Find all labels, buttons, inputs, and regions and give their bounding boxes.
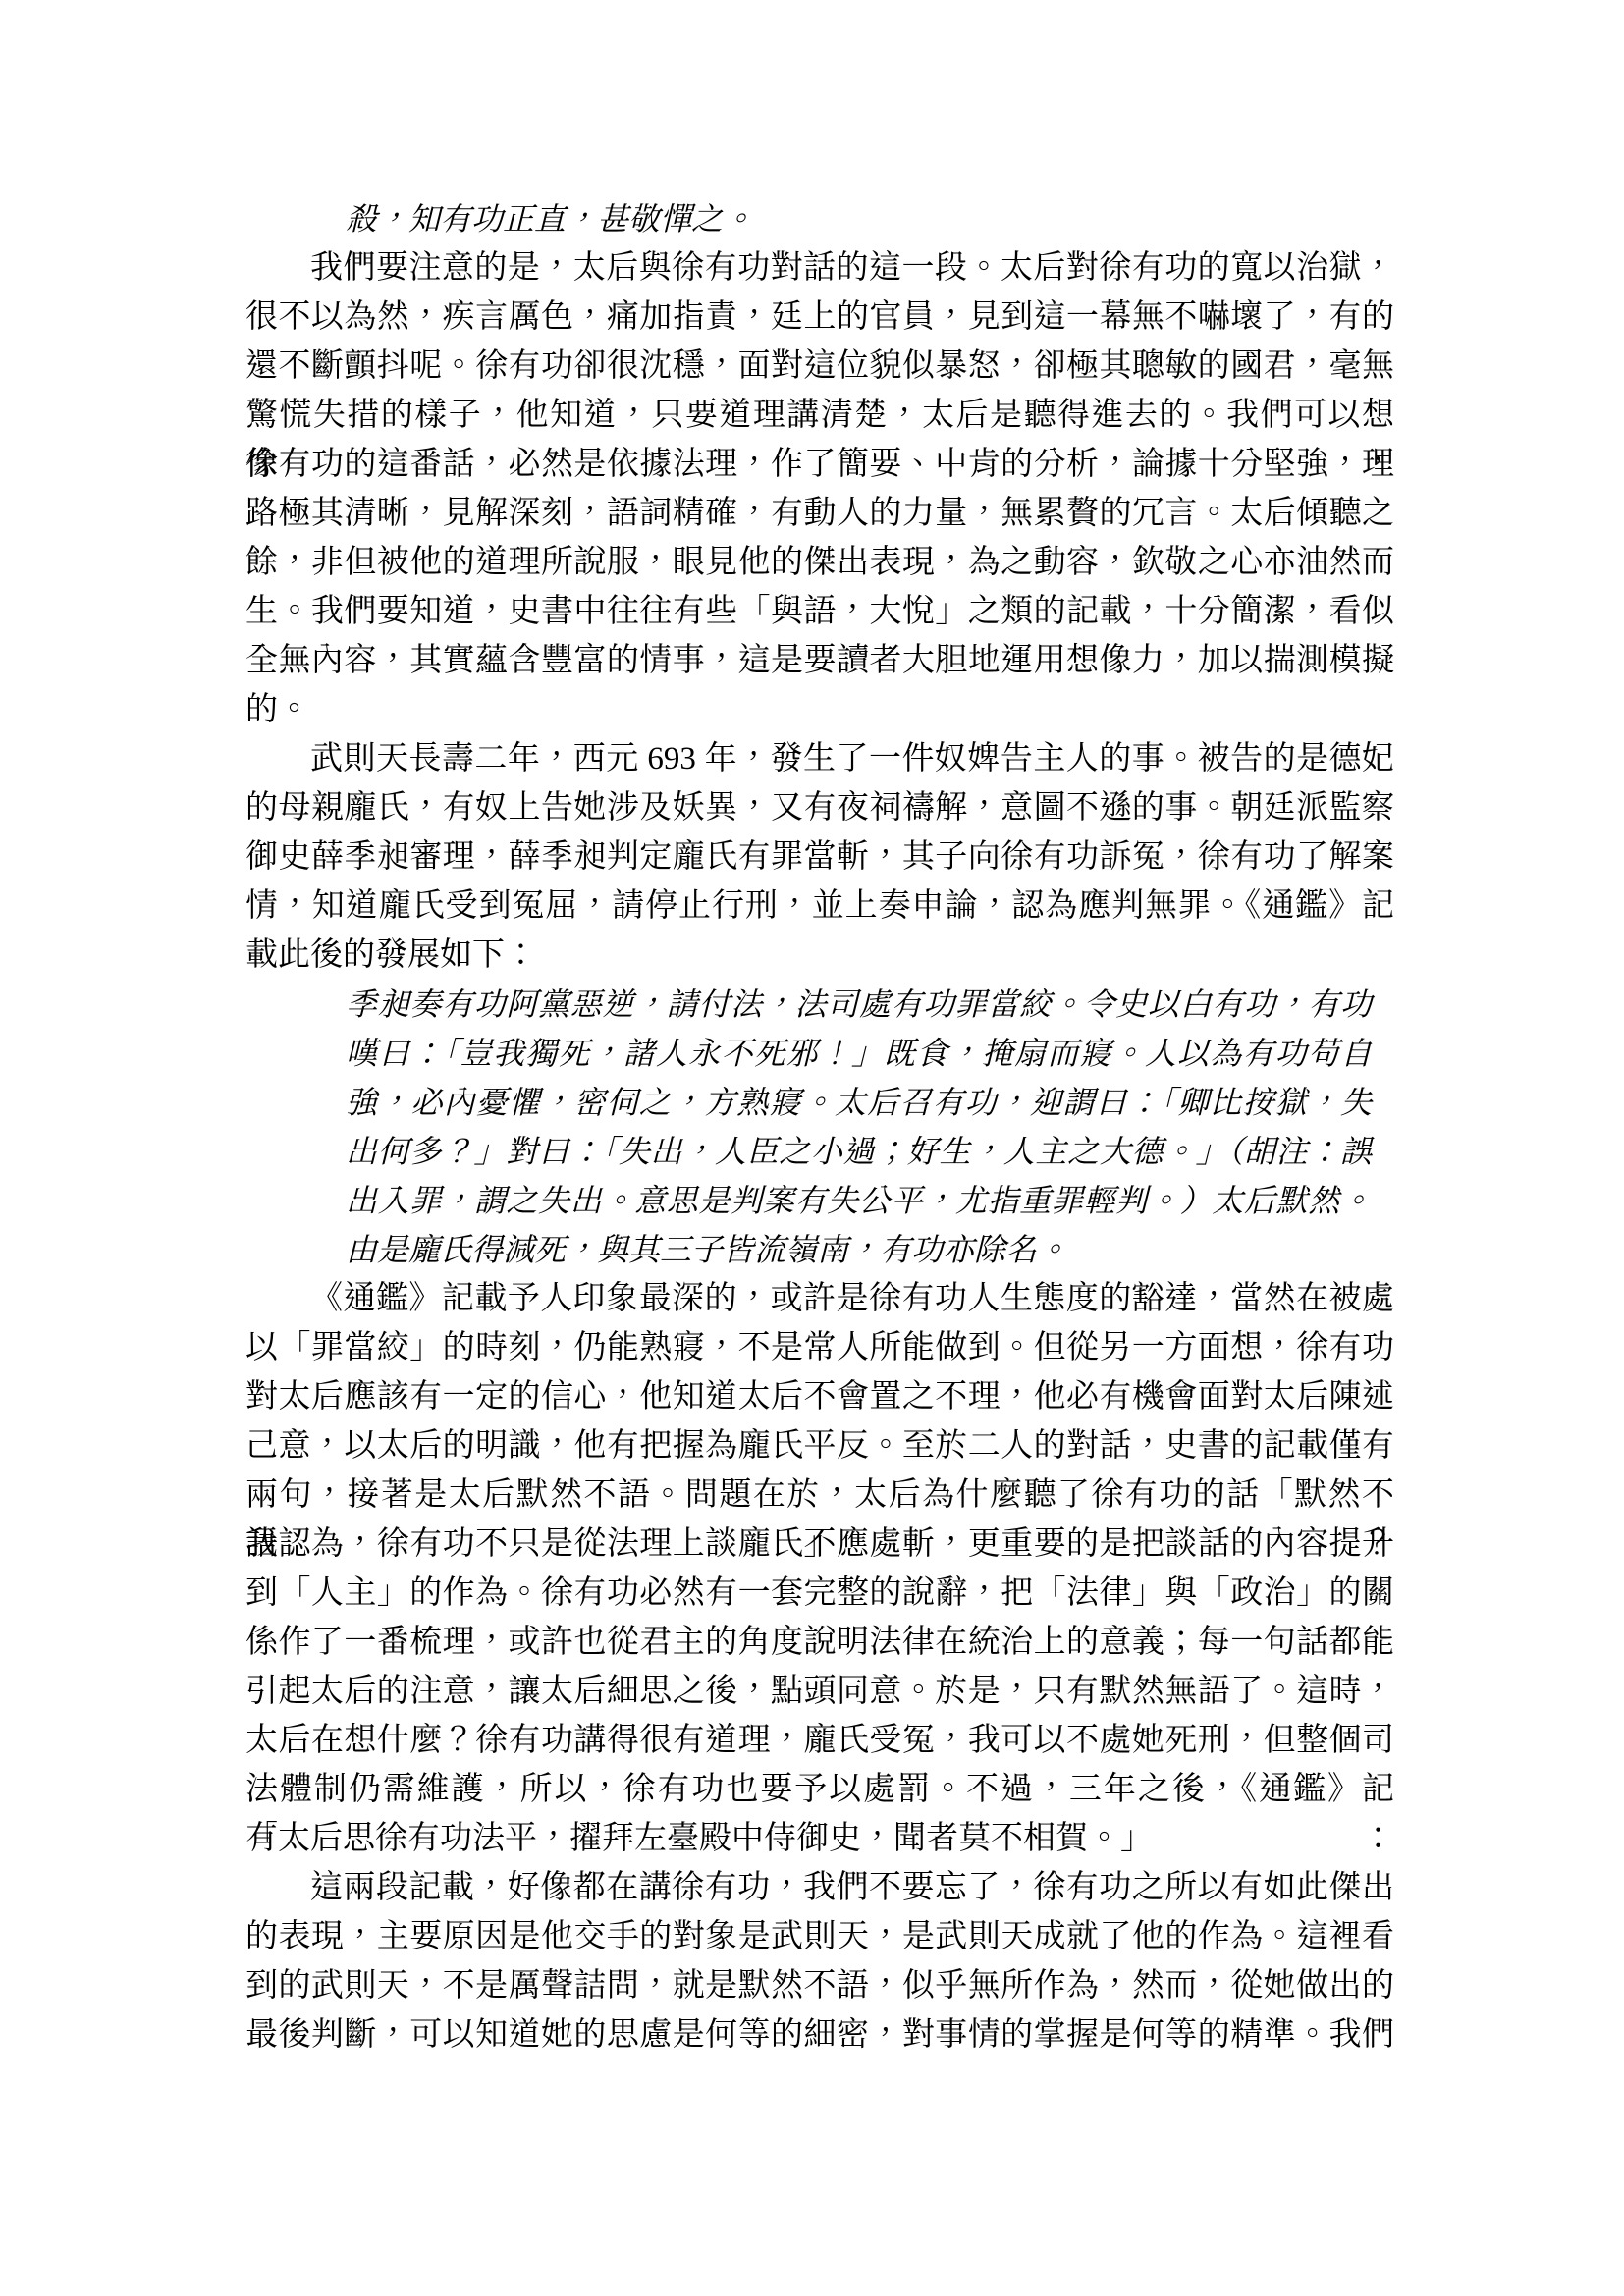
text-line: 強，必內憂懼，密伺之，方熟寢。太后召有功，迎謂曰：「卿比按獄，失 [346, 1078, 1372, 1127]
text-line: 最後判斷，可以知道她的思慮是何等的細密，對事情的掌握是何等的精準。我們 [245, 2010, 1394, 2059]
text-line: 御史薛季昶審理，薛季昶判定龐氏有罪當斬，其子向徐有功訴冤，徐有功了解案 [245, 832, 1394, 881]
text-line: 這兩段記載，好像都在講徐有功，我們不要忘了，徐有功之所以有如此傑出 [245, 1863, 1394, 1912]
text-line: 以「罪當絞」的時刻，仍能熟寢，不是常人所能做到。但從另一方面想，徐有功 [245, 1323, 1394, 1372]
text-line: 季昶奏有功阿黨惡逆，請付法，法司處有功罪當絞。令史以白有功，有功 [346, 980, 1372, 1029]
text-line: 出入罪，謂之失出。意思是判案有失公平，尤指重罪輕判。）太后默然。 [346, 1176, 1372, 1225]
text-line: 《通鑑》記載予人印象最深的，或許是徐有功人生態度的豁達，當然在被處 [245, 1274, 1394, 1323]
kai-quote-continuation: 殺，知有功正直，甚敬憚之。 [346, 194, 1372, 243]
text-line: 係作了一番梳理，或許也從君主的角度說明法律在統治上的意義；每一句話都能 [245, 1618, 1394, 1667]
document-page: 殺，知有功正直，甚敬憚之。 我們要注意的是，太后與徐有功對話的這一段。太后對徐有… [0, 0, 1624, 2296]
text-line: 法體制仍需維護，所以，徐有功也要予以處罰。不過，三年之後，《通鑑》記有： [245, 1765, 1394, 1814]
body-paragraph-1: 我們要注意的是，太后與徐有功對話的這一段。太后對徐有功的寬以治獄， 很不以為然，… [245, 243, 1394, 734]
text-line: 路極其清晰，見解深刻，語詞精確，有動人的力量，無累贅的冗言。太后傾聽之 [245, 489, 1394, 538]
text-line: 載此後的發展如下： [245, 931, 1394, 980]
text-line: 徐有功的這番話，必然是依據法理，作了簡要、中肯的分析，論據十分堅強，理 [245, 440, 1394, 489]
text-line: 的母親龐氏，有奴上告她涉及妖異，又有夜祠禱解，意圖不遜的事。朝廷派監察 [245, 783, 1394, 832]
text-line: 還不斷顫抖呢。徐有功卻很沈穩，面對這位貌似暴怒，卻極其聰敏的國君，毫無 [245, 342, 1394, 391]
text-line: 我認為，徐有功不只是從法理上談龐氏不應處斬，更重要的是把談話的內容提升 [245, 1520, 1394, 1569]
text-line: 引起太后的注意，讓太后細思之後，點頭同意。於是，只有默然無語了。這時， [245, 1667, 1394, 1716]
text-line: 到的武則天，不是厲聲詰問，就是默然不語，似乎無所作為，然而，從她做出的 [245, 1961, 1394, 2010]
text-line: 殺，知有功正直，甚敬憚之。 [346, 194, 1372, 243]
body-paragraph-3: 《通鑑》記載予人印象最深的，或許是徐有功人生態度的豁達，當然在被處 以「罪當絞」… [245, 1274, 1394, 1863]
text-line: 出何多？」對曰：「失出，人臣之小過；好生，人主之大德。」（胡注：誤 [346, 1127, 1372, 1176]
text-line: 武則天長壽二年，西元 693 年，發生了一件奴婢告主人的事。被告的是德妃 [245, 734, 1394, 783]
text-line: 的表現，主要原因是他交手的對象是武則天，是武則天成就了他的作為。這裡看 [245, 1912, 1394, 1961]
body-paragraph-2: 武則天長壽二年，西元 693 年，發生了一件奴婢告主人的事。被告的是德妃 的母親… [245, 734, 1394, 980]
text-line: 到「人主」的作為。徐有功必然有一套完整的說辭，把「法律」與「政治」的關 [245, 1569, 1394, 1618]
text-line: 己意，以太后的明識，他有把握為龐氏平反。至於二人的對話，史書的記載僅有 [245, 1421, 1394, 1470]
text-line: 驚慌失措的樣子，他知道，只要道理講清楚，太后是聽得進去的。我們可以想像， [245, 391, 1394, 440]
text-line: 嘆曰：「豈我獨死，諸人永不死邪！」既食，掩扇而寢。人以為有功苟自 [346, 1029, 1372, 1078]
text-line: 全無內容，其實蘊含豐富的情事，這是要讀者大胆地運用想像力，加以揣測模擬 [245, 636, 1394, 685]
kai-quote-block: 季昶奏有功阿黨惡逆，請付法，法司處有功罪當絞。令史以白有功，有功 嘆曰：「豈我獨… [346, 980, 1372, 1274]
text-line: 的。 [245, 685, 1394, 734]
text-line: 很不以為然，疾言厲色，痛加指責，廷上的官員，見到這一幕無不嚇壞了，有的 [245, 293, 1394, 342]
text-line: 生。我們要知道，史書中往往有些「與語，大悅」之類的記載，十分簡潔，看似 [245, 587, 1394, 636]
text-line: 情，知道龐氏受到冤屈，請停止行刑，並上奏申論，認為應判無罪。《通鑑》記 [245, 881, 1394, 931]
text-line: 太后在想什麼？徐有功講得很有道理，龐氏受冤，我可以不處她死刑，但整個司 [245, 1716, 1394, 1765]
body-paragraph-4: 這兩段記載，好像都在講徐有功，我們不要忘了，徐有功之所以有如此傑出 的表現，主要… [245, 1863, 1394, 2059]
text-column: 殺，知有功正直，甚敬憚之。 我們要注意的是，太后與徐有功對話的這一段。太后對徐有… [245, 194, 1394, 2059]
text-line: 餘，非但被他的道理所說服，眼見他的傑出表現，為之動容，欽敬之心亦油然而 [245, 538, 1394, 587]
text-line: 我們要注意的是，太后與徐有功對話的這一段。太后對徐有功的寬以治獄， [245, 243, 1394, 293]
text-line: 對太后應該有一定的信心，他知道太后不會置之不理，他必有機會面對太后陳述 [245, 1372, 1394, 1421]
text-line: 由是龐氏得減死，與其三子皆流嶺南，有功亦除名。 [346, 1225, 1372, 1274]
text-line: 兩句，接著是太后默然不語。問題在於，太后為什麼聽了徐有功的話「默然不語」？ [245, 1470, 1394, 1520]
